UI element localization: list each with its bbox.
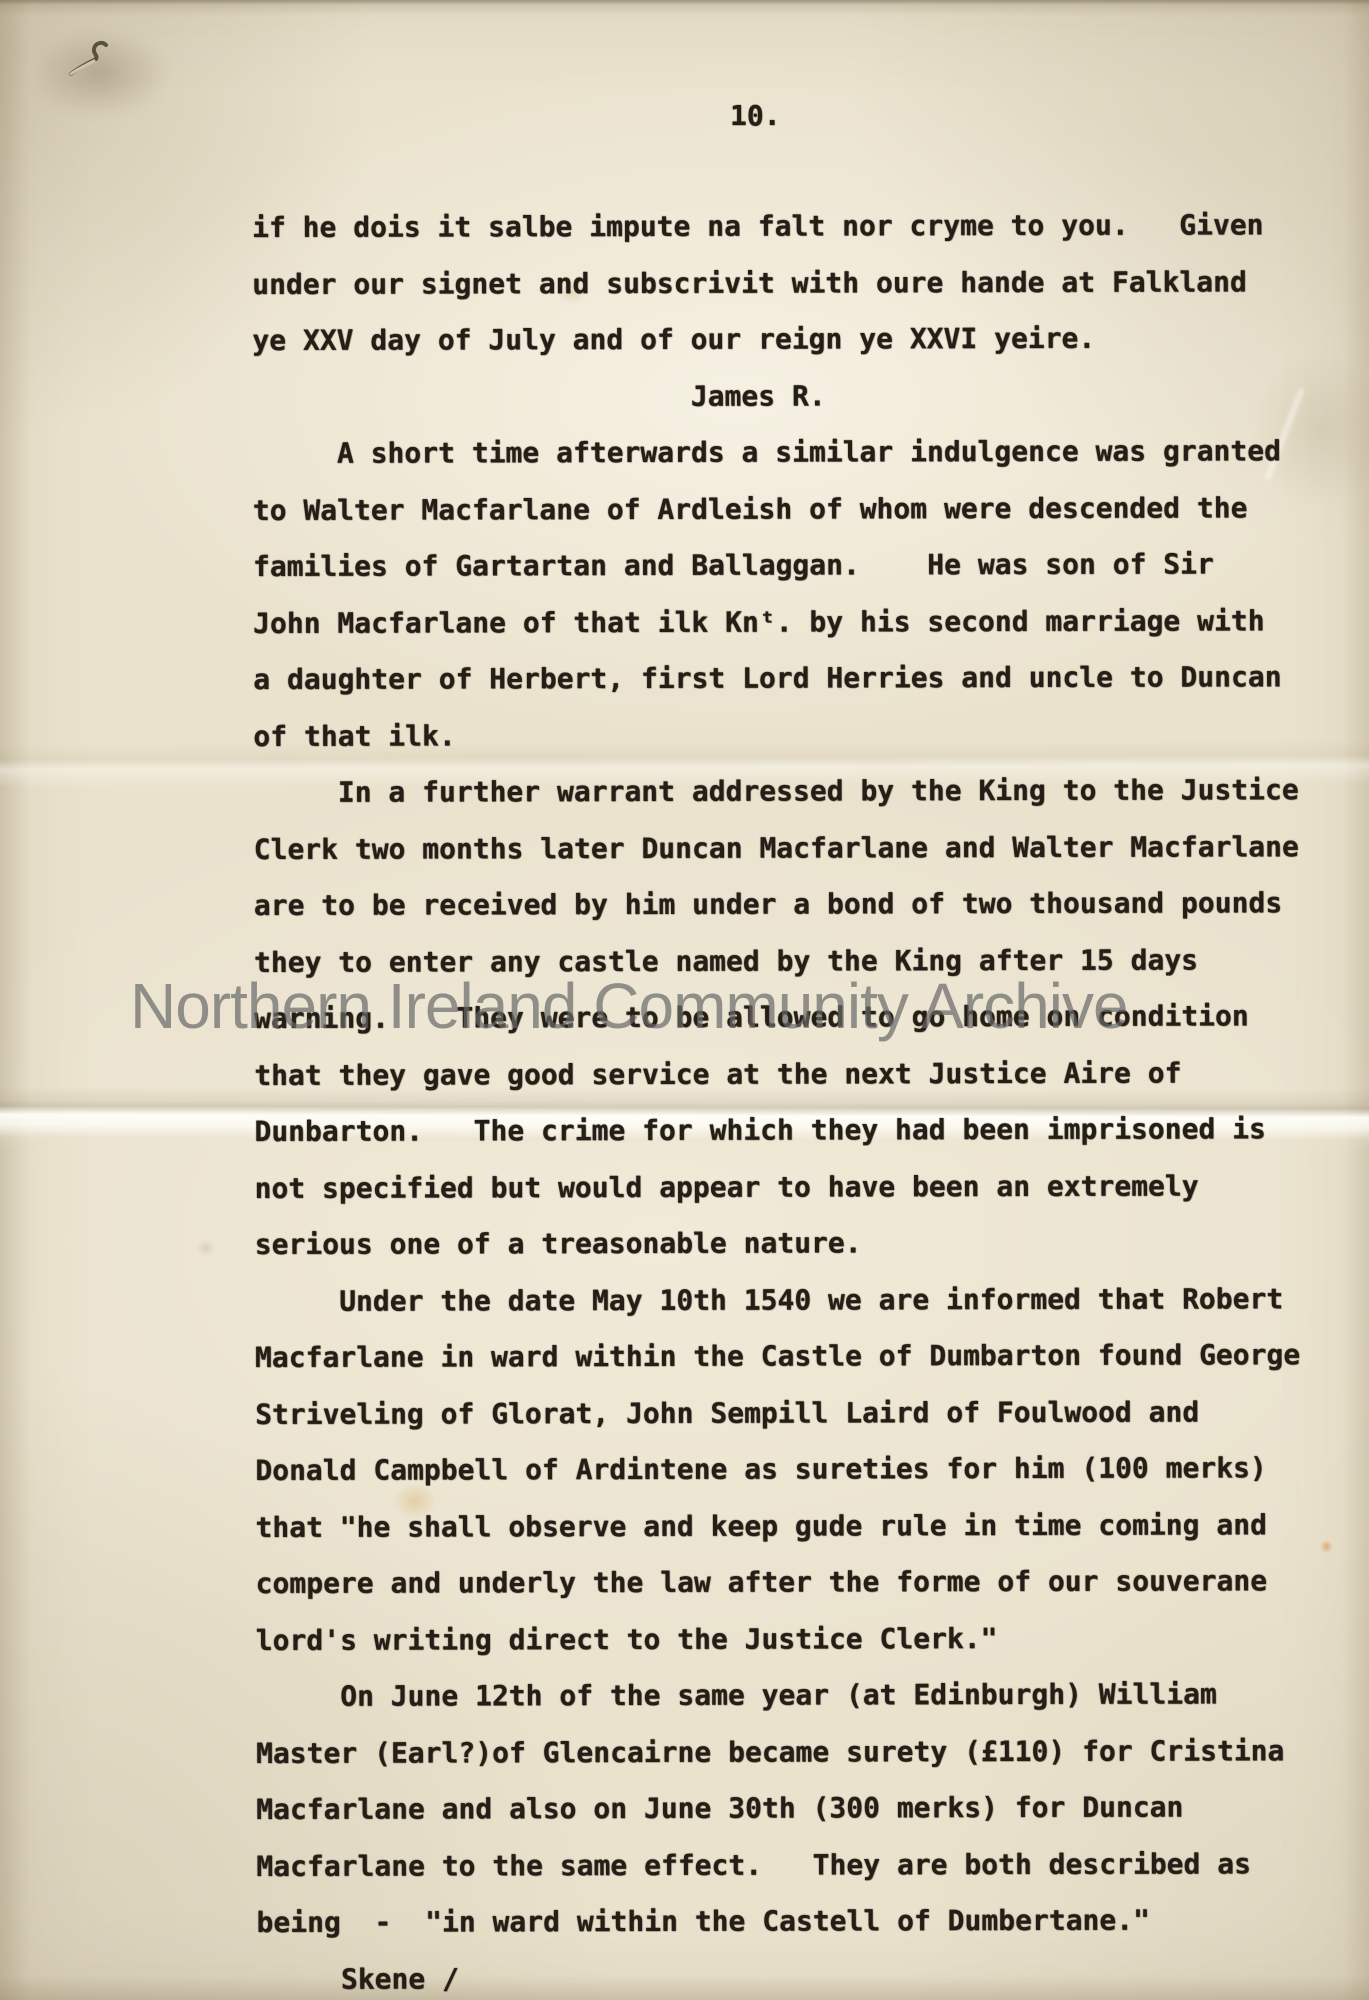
- text-line: are to be received by him under a bond o…: [254, 875, 1299, 934]
- text-line: Donald Campbell of Ardintene as sureties…: [255, 1440, 1300, 1499]
- document-page: 10. if he dois it salbe impute na falt n…: [0, 0, 1369, 2000]
- text-line: Macfarlane and also on June 30th (300 me…: [256, 1779, 1301, 1838]
- text-line: James R.: [252, 367, 1297, 426]
- text-line: Under the date May 10th 1540 we are info…: [255, 1271, 1300, 1330]
- text-line: lord's writing direct to the Justice Cle…: [256, 1610, 1301, 1669]
- text-line: compere and underly the law after the fo…: [256, 1553, 1301, 1612]
- text-line: to Walter Macfarlane of Ardleish of whom…: [253, 480, 1298, 539]
- text-line: if he dois it salbe impute na falt nor c…: [252, 197, 1297, 256]
- corner-curl-mark: [62, 40, 122, 88]
- stain: [1320, 1540, 1333, 1553]
- text-line: of that ilk.: [253, 706, 1298, 765]
- typed-text: if he dois it salbe impute na falt nor c…: [252, 197, 1302, 2000]
- text-line: that "he shall observe and keep gude rul…: [255, 1497, 1300, 1556]
- text-line: Macfarlane to the same effect. They are …: [256, 1836, 1301, 1895]
- text-line: serious one of a treasonable nature.: [255, 1214, 1300, 1273]
- text-line: under our signet and subscrivit with our…: [252, 254, 1297, 313]
- text-line: Clerk two months later Duncan Macfarlane…: [254, 819, 1299, 878]
- text-line: a daughter of Herbert, first Lord Herrie…: [253, 649, 1298, 708]
- text-line: families of Gartartan and Ballaggan. He …: [253, 536, 1298, 595]
- text-line: Skene /: [257, 1949, 1302, 2000]
- text-line: Master (Earl?)of Glencairne became suret…: [256, 1723, 1301, 1782]
- text-line: On June 12th of the same year (at Edinbu…: [256, 1666, 1301, 1725]
- text-line: that they gave good service at the next …: [254, 1045, 1299, 1104]
- text-line: being - "in ward within the Castell of D…: [256, 1892, 1301, 1951]
- text-line: A short time afterwards a similar indulg…: [253, 423, 1298, 482]
- archive-watermark: Northern Ireland Community Archive: [130, 974, 1128, 1038]
- text-line: not specified but would appear to have b…: [255, 1158, 1300, 1217]
- text-line: In a further warrant addressed by the Ki…: [253, 762, 1298, 821]
- text-line: Striveling of Glorat, John Sempill Laird…: [255, 1384, 1300, 1443]
- text-line: John Macfarlane of that ilk Knᵗ. by his …: [253, 593, 1298, 652]
- text-line: ye XXV day of July and of our reign ye X…: [252, 310, 1297, 369]
- text-line: Macfarlane in ward within the Castle of …: [255, 1327, 1300, 1386]
- stain: [196, 1240, 216, 1256]
- page-number: 10.: [730, 88, 781, 145]
- text-line: Dunbarton. The crime for which they had …: [254, 1101, 1299, 1160]
